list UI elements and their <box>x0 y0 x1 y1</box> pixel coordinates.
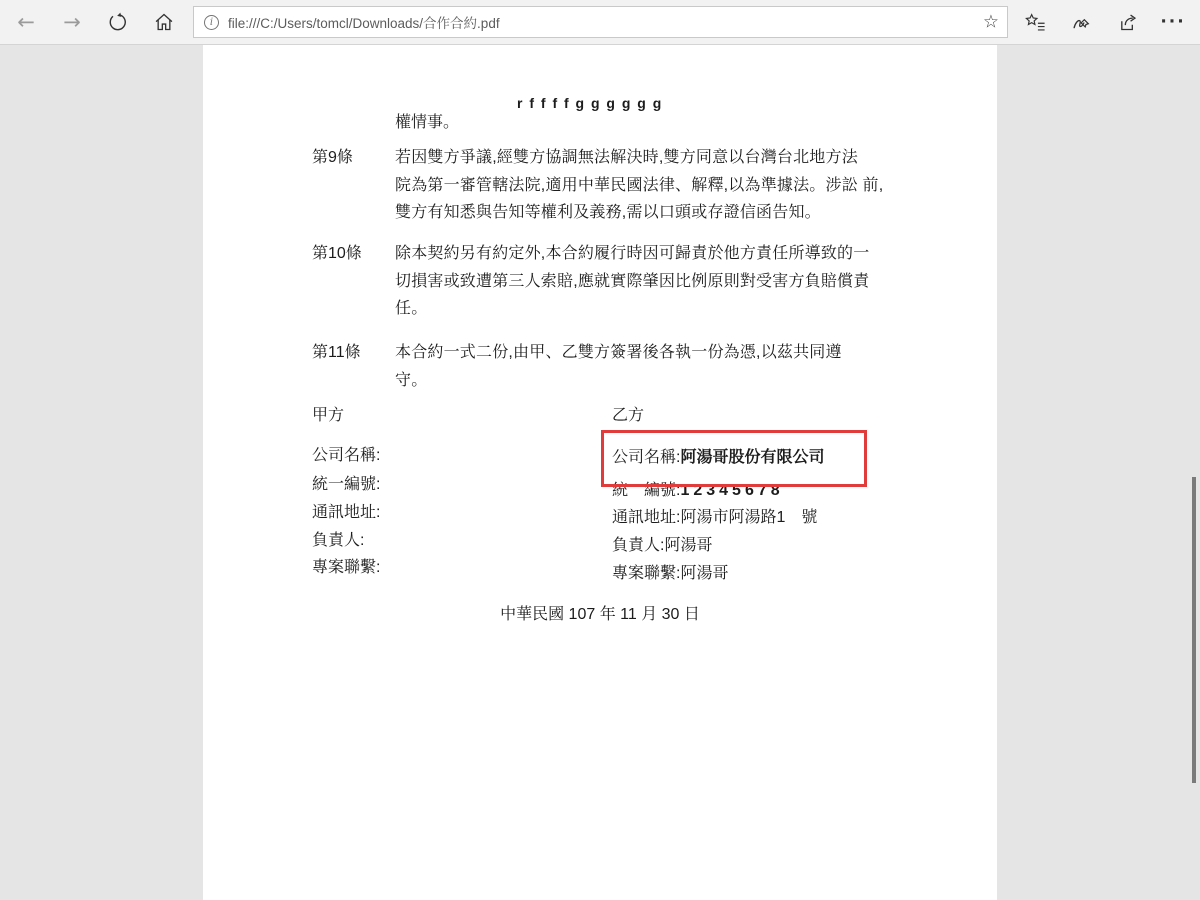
party-b-representative-value: 阿湯哥 <box>664 537 712 554</box>
pdf-viewer-canvas: r f f f f g g g g g g 權情事。 第9條 若因雙方爭議,經雙… <box>0 45 1200 900</box>
share-icon <box>1117 12 1138 33</box>
party-a-company-label: 公司名稱: <box>312 444 380 468</box>
home-icon <box>154 12 174 32</box>
clause-11: 第11條 本合約一式二份,由甲、乙雙方簽署後各執一份為憑,以茲共同遵 守。 <box>312 339 912 394</box>
favorites-hub-button[interactable] <box>1018 5 1052 39</box>
party-b-company-label: 公司名稱: <box>612 449 680 466</box>
favorite-star-icon[interactable]: ☆ <box>983 12 999 33</box>
party-a-contact-label: 專案聯繫: <box>312 556 380 580</box>
party-a-representative-label: 負責人: <box>312 529 364 553</box>
clause-body: 本合約一式二份,由甲、乙雙方簽署後各執一份為憑,以茲共同遵 守。 <box>395 339 912 394</box>
clause-number: 第10條 <box>312 240 362 268</box>
clause-line: 院為第一審管轄法院,適用中華民國法律、解釋,以為準據法。涉訟 前, <box>395 172 912 200</box>
party-b-heading: 乙方 <box>612 404 644 428</box>
browser-toolbar: ← → i file:///C:/Users/tomcl/Downloa <box>0 0 1200 45</box>
clause-line: 守。 <box>395 367 912 395</box>
forward-arrow-icon: → <box>63 12 81 33</box>
clause-10: 第10條 除本契約另有約定外,本合約履行時因可歸責於他方責任所導致的一 切損害或… <box>312 240 912 323</box>
more-menu-button[interactable]: ··· <box>1156 5 1190 39</box>
favorites-hub-icon <box>1024 12 1046 32</box>
refresh-icon <box>108 12 128 32</box>
share-button[interactable] <box>1110 5 1144 39</box>
stray-letters-line: r f f f f g g g g g g <box>517 95 663 111</box>
back-button[interactable]: ← <box>10 6 42 38</box>
vertical-scrollbar-thumb[interactable] <box>1192 477 1196 783</box>
clause-line: 雙方有知悉與告知等權利及義務,需以口頭或存證信函告知。 <box>395 199 912 227</box>
party-b-address-row: 通訊地址:阿湯市阿湯路1 號 <box>612 506 817 530</box>
party-b-tax-id-value: 12345678 <box>680 482 783 499</box>
clause-9: 第9條 若因雙方爭議,經雙方協調無法解決時,雙方同意以台灣台北地方法 院為第一審… <box>312 144 912 227</box>
home-button[interactable] <box>148 6 180 38</box>
party-b-tax-id-row: 統 編號:12345678 <box>612 479 784 503</box>
party-b-representative-label: 負責人: <box>612 537 664 554</box>
refresh-button[interactable] <box>102 6 134 38</box>
web-note-button[interactable] <box>1064 5 1098 39</box>
party-b-tax-id-label: 統 編號: <box>612 482 680 499</box>
forward-button[interactable]: → <box>56 6 88 38</box>
clause-8-overflow-text: 權情事。 <box>395 109 459 132</box>
page-info-icon[interactable]: i <box>204 15 219 30</box>
party-a-tax-id-label: 統一編號: <box>312 473 380 497</box>
clause-number: 第9條 <box>312 144 353 172</box>
ellipsis-icon: ··· <box>1160 12 1185 32</box>
clause-line: 切損害或致遭第三人索賠,應就實際肇因比例原則對受害方負賠償責 <box>395 268 912 296</box>
party-a-address-label: 通訊地址: <box>312 501 380 525</box>
party-b-company-row: 公司名稱:阿湯哥股份有限公司 <box>612 446 824 470</box>
url-text[interactable]: file:///C:/Users/tomcl/Downloads/合作合約.pd… <box>228 12 500 32</box>
clause-number: 第11條 <box>312 339 361 367</box>
pdf-page: r f f f f g g g g g g 權情事。 第9條 若因雙方爭議,經雙… <box>203 45 997 900</box>
clause-line: 若因雙方爭議,經雙方協調無法解決時,雙方同意以台灣台北地方法 <box>395 144 912 172</box>
clause-line: 本合約一式二份,由甲、乙雙方簽署後各執一份為憑,以茲共同遵 <box>395 339 912 367</box>
party-b-contact-label: 專案聯繫: <box>612 565 680 582</box>
clause-body: 除本契約另有約定外,本合約履行時因可歸責於他方責任所導致的一 切損害或致遭第三人… <box>395 240 912 323</box>
contract-date: 中華民國 107 年 11 月 30 日 <box>203 601 997 624</box>
web-note-pen-icon <box>1071 12 1092 33</box>
party-b-contact-row: 專案聯繫:阿湯哥 <box>612 562 728 586</box>
party-b-address-label: 通訊地址: <box>612 509 680 526</box>
back-arrow-icon: ← <box>17 12 35 33</box>
nav-button-group: ← → <box>0 6 180 38</box>
clause-line: 除本契約另有約定外,本合約履行時因可歸責於他方責任所導致的一 <box>395 240 912 268</box>
party-a-heading: 甲方 <box>312 404 344 428</box>
clause-line: 任。 <box>395 295 912 323</box>
party-b-company-value: 阿湯哥股份有限公司 <box>680 449 824 466</box>
party-b-contact-value: 阿湯哥 <box>680 565 728 582</box>
clause-body: 若因雙方爭議,經雙方協調無法解決時,雙方同意以台灣台北地方法 院為第一審管轄法院… <box>395 144 912 227</box>
party-b-address-value: 阿湯市阿湯路1 號 <box>680 509 817 526</box>
address-bar[interactable]: i file:///C:/Users/tomcl/Downloads/合作合約.… <box>193 6 1008 38</box>
party-b-representative-row: 負責人:阿湯哥 <box>612 534 712 558</box>
toolbar-action-group: ··· <box>1018 0 1196 44</box>
